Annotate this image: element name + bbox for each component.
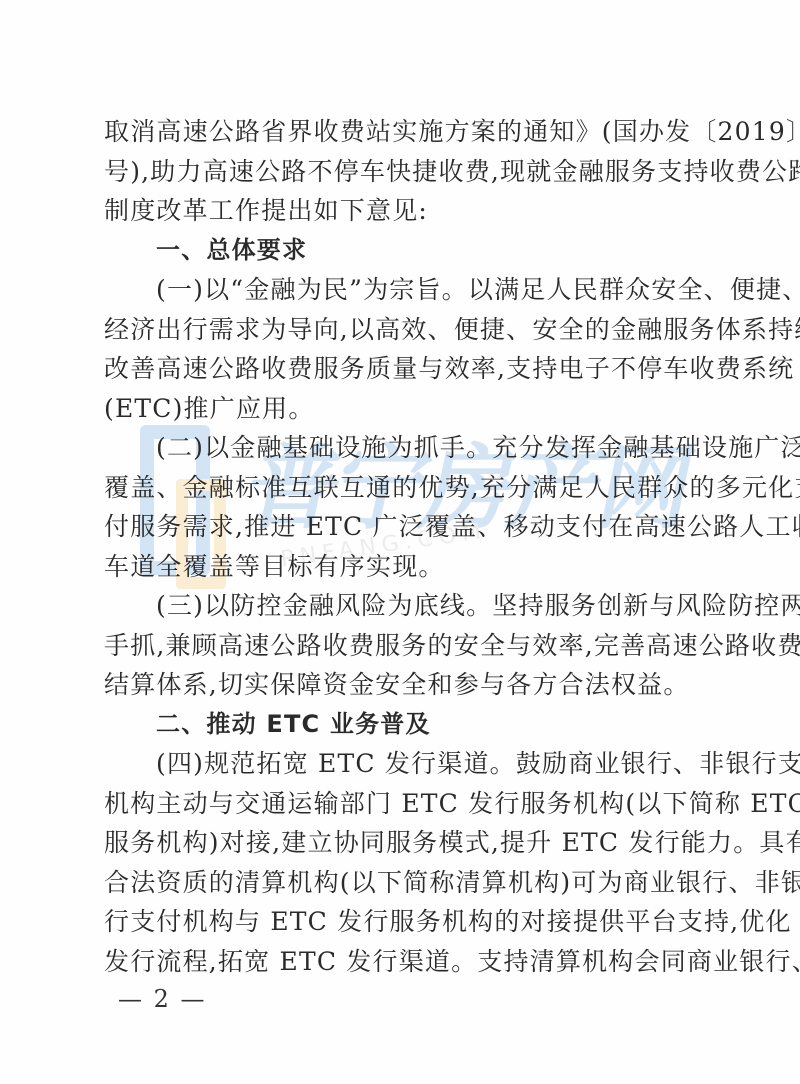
text-line: 改善高速公路收费服务质量与效率,支持电子不停车收费系统 xyxy=(104,349,704,389)
text-line: 制度改革工作提出如下意见: xyxy=(104,191,704,231)
page-number: — 2 — xyxy=(118,985,207,1013)
section-heading-2: 二、推动 ETC 业务普及 xyxy=(104,705,704,745)
text-line: 取消高速公路省界收费站实施方案的通知》(国办发〔2019〕23 xyxy=(104,112,704,152)
text-line: 合法资质的清算机构(以下简称清算机构)可为商业银行、非银 xyxy=(104,863,704,903)
paragraph-start: (一)以“金融为民”为宗旨。以满足人民群众安全、便捷、 xyxy=(104,270,704,310)
text-line: 机构主动与交通运输部门 ETC 发行服务机构(以下简称 ETC 发行 xyxy=(104,784,704,824)
paragraph-start: (四)规范拓宽 ETC 发行渠道。鼓励商业银行、非银行支付 xyxy=(104,744,704,784)
text-line: 经济出行需求为导向,以高效、便捷、安全的金融服务体系持续 xyxy=(104,310,704,350)
text-line: 号),助力高速公路不停车快捷收费,现就金融服务支持收费公路 xyxy=(104,152,704,192)
text-line: 覆盖、金融标准互联互通的优势,充分满足人民群众的多元化支 xyxy=(104,468,704,508)
text-line: 发行流程,拓宽 ETC 发行渠道。支持清算机构会同商业银行、非 xyxy=(104,942,704,982)
text-line: (ETC)推广应用。 xyxy=(104,389,704,429)
text-line: 结算体系,切实保障资金安全和参与各方合法权益。 xyxy=(104,665,704,705)
text-line: 行支付机构与 ETC 发行服务机构的对接提供平台支持,优化 ETC xyxy=(104,902,704,942)
text-line: 车道全覆盖等目标有序实现。 xyxy=(104,547,704,587)
text-line: 付服务需求,推进 ETC 广泛覆盖、移动支付在高速公路人工收费 xyxy=(104,507,704,547)
document-body: 取消高速公路省界收费站实施方案的通知》(国办发〔2019〕23 号),助力高速公… xyxy=(104,112,704,981)
paragraph-start: (三)以防控金融风险为底线。坚持服务创新与风险防控两 xyxy=(104,586,704,626)
section-heading-1: 一、总体要求 xyxy=(104,231,704,271)
text-line: 服务机构)对接,建立协同服务模式,提升 ETC 发行能力。具有 xyxy=(104,823,704,863)
text-line: 手抓,兼顾高速公路收费服务的安全与效率,完善高速公路收费 xyxy=(104,626,704,666)
document-page: 普宁房产网 PNFANG.COM 取消高速公路省界收费站实施方案的通知》(国办发… xyxy=(0,0,800,1084)
paragraph-start: (二)以金融基础设施为抓手。充分发挥金融基础设施广泛 xyxy=(104,428,704,468)
